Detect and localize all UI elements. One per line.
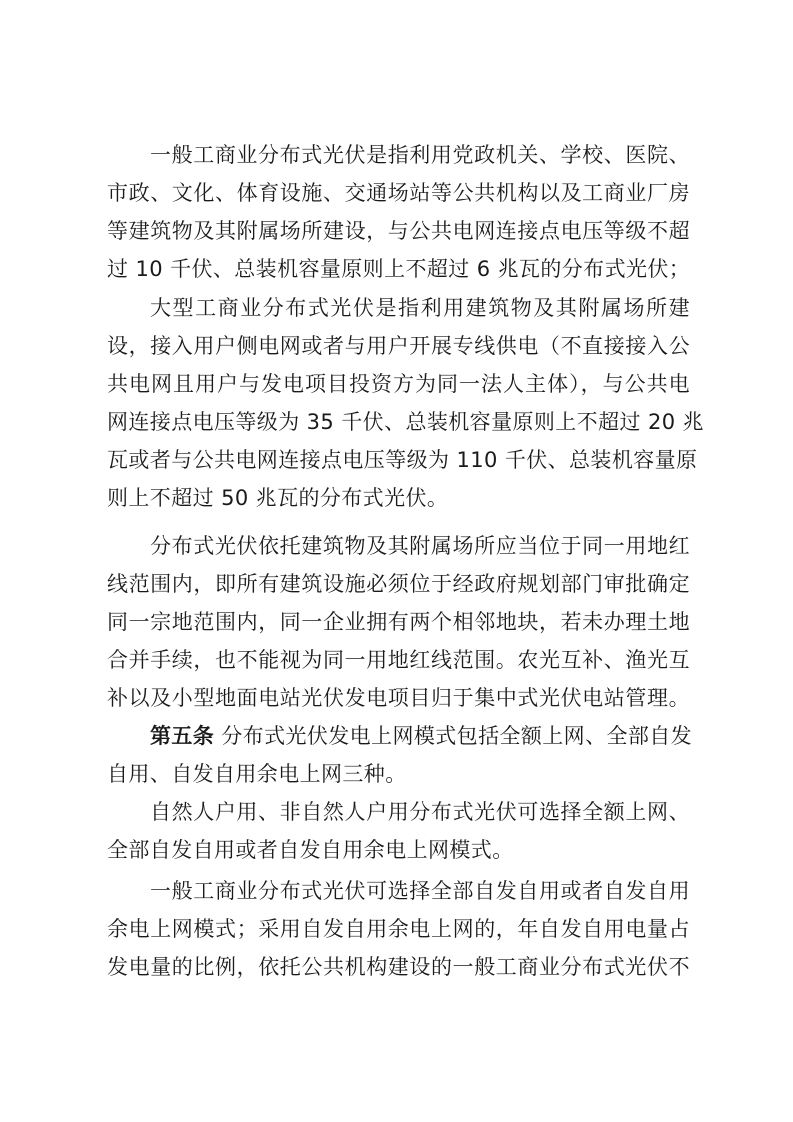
paragraph-land-boundary-line-5: 补以及小型地面电站光伏发电项目归于集中式光伏电站管理。 xyxy=(107,683,690,713)
document-page: 一般工商业分布式光伏是指利用党政机关、学校、医院、 市政、文化、体育设施、交通场… xyxy=(0,0,793,1122)
article-label: 第五条 xyxy=(150,724,214,748)
paragraph-large-commercial-line-1: 大型工商业分布式光伏是指利用建筑物及其附属场所建 xyxy=(150,293,690,323)
paragraph-large-commercial-line-6: 则上不超过 50 兆瓦的分布式光伏。 xyxy=(107,483,690,513)
paragraph-general-commercial-modes-line-1: 一般工商业分布式光伏可选择全部自发自用或者自发自用 xyxy=(150,876,690,906)
paragraph-large-commercial-line-5: 瓦或者与公共电网连接点电压等级为 110 千伏、总装机容量原 xyxy=(107,445,690,475)
paragraph-residential-modes-line-2: 全部自发自用或者自发自用余电上网模式。 xyxy=(107,835,690,865)
article-five-line-2: 自用、自发自用余电上网三种。 xyxy=(107,759,690,789)
paragraph-large-commercial-line-2: 设，接入用户侧电网或者与用户开展专线供电（不直接接入公 xyxy=(107,331,690,361)
paragraph-general-commercial-modes-line-2: 余电上网模式；采用自发自用余电上网的，年自发自用电量占 xyxy=(107,914,690,944)
article-five-text: 分布式光伏发电上网模式包括全额上网、全部自发 xyxy=(221,724,692,748)
paragraph-large-commercial-line-3: 共电网且用户与发电项目投资方为同一法人主体），与公共电 xyxy=(107,369,690,399)
paragraph-general-commercial-line-3: 等建筑物及其附属场所建设，与公共电网连接点电压等级不超 xyxy=(107,216,690,246)
paragraph-land-boundary-line-1: 分布式光伏依托建筑物及其附属场所应当位于同一用地红 xyxy=(150,531,690,561)
paragraph-general-commercial-modes-line-3: 发电量的比例，依托公共机构建设的一般工商业分布式光伏不 xyxy=(107,952,690,982)
paragraph-land-boundary-line-4: 合并手续，也不能视为同一用地红线范围。农光互补、渔光互 xyxy=(107,645,690,675)
paragraph-general-commercial-line-1: 一般工商业分布式光伏是指利用党政机关、学校、医院、 xyxy=(150,140,690,170)
paragraph-land-boundary-line-2: 线范围内，即所有建筑设施必须位于经政府规划部门审批确定 xyxy=(107,569,690,599)
paragraph-general-commercial-line-2: 市政、文化、体育设施、交通场站等公共机构以及工商业厂房 xyxy=(107,178,690,208)
article-five-line-1: 第五条 分布式光伏发电上网模式包括全额上网、全部自发 xyxy=(150,721,690,751)
paragraph-land-boundary-line-3: 同一宗地范围内，同一企业拥有两个相邻地块，若未办理土地 xyxy=(107,607,690,637)
paragraph-residential-modes-line-1: 自然人户用、非自然人户用分布式光伏可选择全额上网、 xyxy=(150,797,690,827)
paragraph-general-commercial-line-4: 过 10 千伏、总装机容量原则上不超过 6 兆瓦的分布式光伏； xyxy=(107,254,690,284)
paragraph-large-commercial-line-4: 网连接点电压等级为 35 千伏、总装机容量原则上不超过 20 兆 xyxy=(107,407,690,437)
